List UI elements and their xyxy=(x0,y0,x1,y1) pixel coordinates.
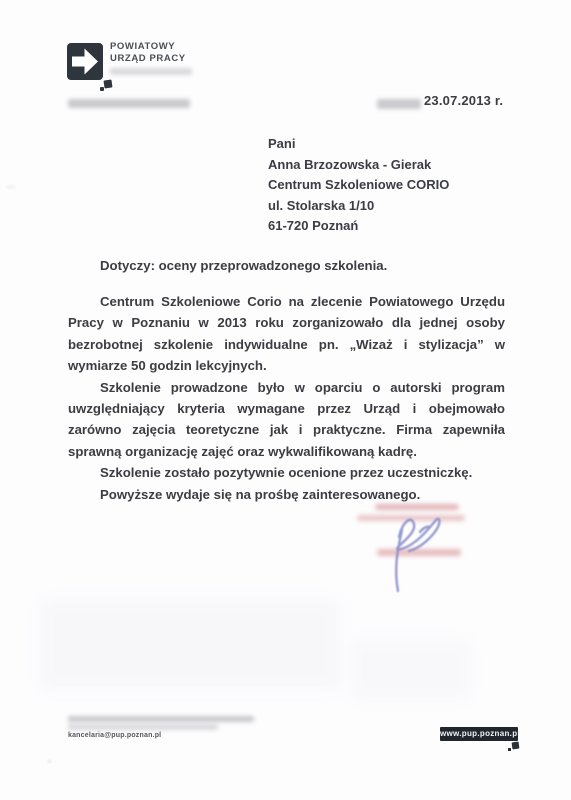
org-name-line2: URZĄD PRACY xyxy=(110,53,186,65)
footer-website-badge: www.pup.poznan.pl xyxy=(440,727,518,741)
recipient-city: 61-720 Poznań xyxy=(268,216,449,237)
date-city-redacted xyxy=(377,99,421,109)
body-paragraph-1: Centrum Szkoleniowe Corio na zlecenie Po… xyxy=(68,291,505,377)
letter-date: 23.07.2013 r. xyxy=(424,93,503,108)
pup-logo xyxy=(67,43,103,80)
scan-artifact xyxy=(40,600,340,690)
logo-foot-mark-small xyxy=(100,87,104,91)
scan-artifact xyxy=(48,760,51,763)
org-subline-redacted xyxy=(110,68,192,75)
scan-artifact xyxy=(350,640,470,700)
footer-address-redacted xyxy=(68,716,254,722)
recipient-salutation: Pani xyxy=(268,134,449,155)
handwritten-signature xyxy=(345,497,480,597)
body-paragraph-3: Szkolenie zostało pozytywnie ocenione pr… xyxy=(68,462,505,483)
stamp-signature-area xyxy=(345,497,480,597)
footer-foot-mark-small xyxy=(508,748,511,751)
scan-artifact xyxy=(6,185,16,189)
reference-number-redacted xyxy=(68,99,190,108)
subject-line: Dotyczy: oceny przeprowadzonego szkoleni… xyxy=(100,258,387,273)
scanned-letter-page: POWIATOWY URZĄD PRACY 23.07.2013 r. Pani… xyxy=(0,0,571,800)
letter-body: Centrum Szkoleniowe Corio na zlecenie Po… xyxy=(68,291,505,505)
footer-foot-mark xyxy=(512,742,520,750)
footer-address-redacted xyxy=(68,724,218,730)
arrow-right-icon xyxy=(67,43,103,80)
recipient-address-block: Pani Anna Brzozowska - Gierak Centrum Sz… xyxy=(268,134,449,237)
org-name: POWIATOWY URZĄD PRACY xyxy=(110,41,186,65)
recipient-name: Anna Brzozowska - Gierak xyxy=(268,155,449,176)
footer-email: kancelaria@pup.poznan.pl xyxy=(68,732,161,739)
recipient-company: Centrum Szkoleniowe CORIO xyxy=(268,175,449,196)
body-paragraph-2: Szkolenie prowadzone było w oparciu o au… xyxy=(68,377,505,463)
org-name-line1: POWIATOWY xyxy=(110,41,186,53)
logo-foot-mark xyxy=(103,79,112,88)
recipient-street: ul. Stolarska 1/10 xyxy=(268,196,449,217)
